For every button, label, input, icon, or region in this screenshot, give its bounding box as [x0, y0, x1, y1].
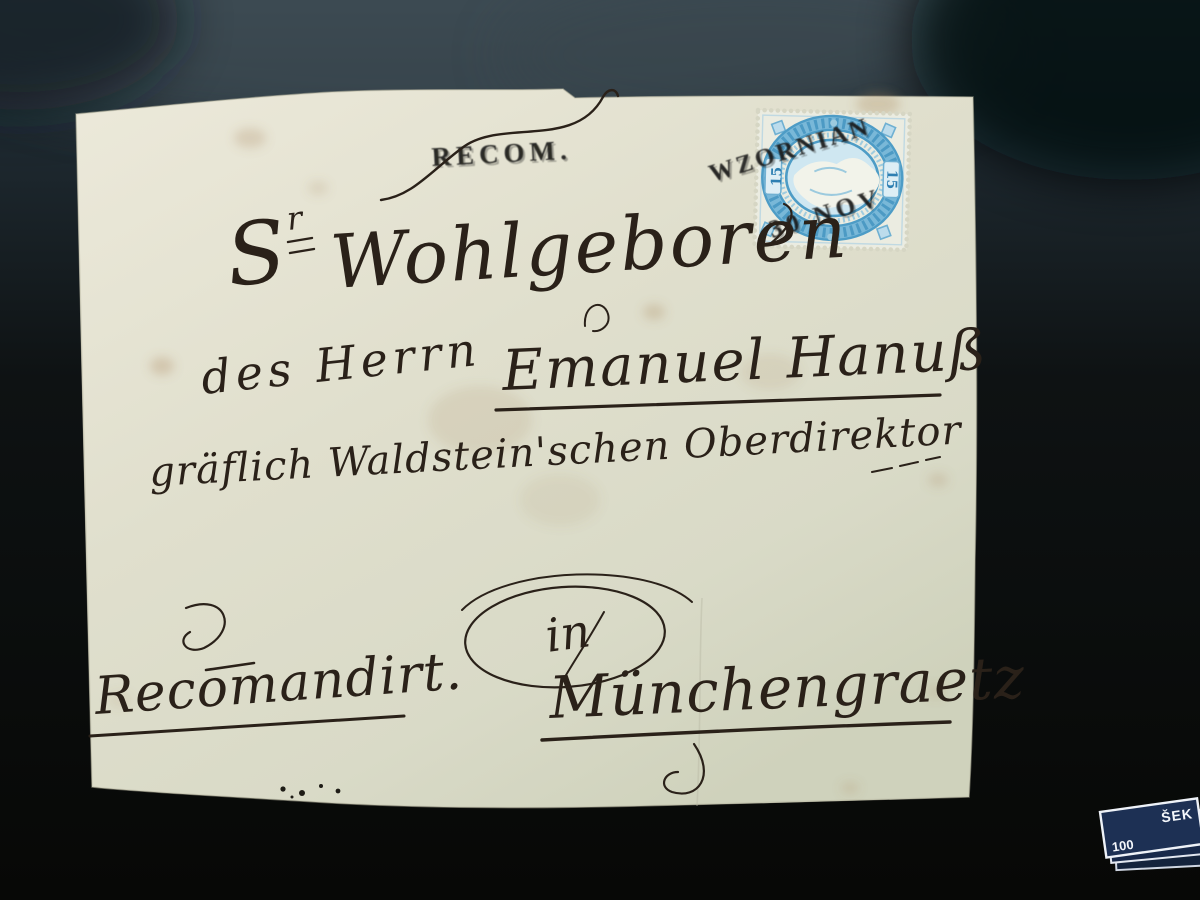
- stamp-value-right: 15: [883, 170, 900, 190]
- address-preposition: in: [542, 603, 593, 663]
- photo-of-envelope: 15 15 WZORNIAN WZORNIAN 30 NOV 30 NOV RE…: [0, 0, 1200, 900]
- watermark-number: 100: [1111, 837, 1135, 855]
- address-prefix-initial: S: [222, 201, 291, 307]
